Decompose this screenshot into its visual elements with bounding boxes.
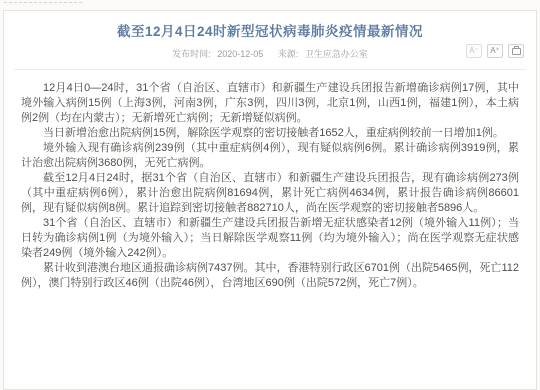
paragraph-asymptomatic-cases: 31个省（自治区、直辖市）和新疆生产建设兵团报告新增无症状感染者12例（境外输入… bbox=[21, 216, 519, 261]
publish-time-label: 发布时间: bbox=[172, 49, 211, 59]
page-title: 截至12月4日24时新型冠状病毒肺炎疫情最新情况 bbox=[24, 20, 516, 40]
paragraph-new-cases: 12月4日0—24时，31个省（自治区、直辖市）和新疆生产建设兵团报告新增确诊病… bbox=[21, 81, 519, 126]
paragraph-recovered-today: 当日新增治愈出院病例15例，解除医学观察的密切接触者1652人，重症病例较前一日… bbox=[21, 126, 519, 141]
article-meta-row: 发布时间: 2020-12-05 来源: 卫生应急办公室 A⁻ A⁺ bbox=[4, 47, 536, 61]
source-name: 卫生应急办公室 bbox=[305, 49, 368, 59]
paragraph-cumulative-totals: 截至12月4日24时，据31个省（自治区、直辖市）和新疆生产建设兵团报告，现有确… bbox=[21, 171, 519, 216]
article-card: 截至12月4日24时新型冠状病毒肺炎疫情最新情况 发布时间: 2020-12-0… bbox=[3, 10, 537, 320]
font-increase-button[interactable]: A⁺ bbox=[487, 44, 503, 58]
article-toolbar: A⁻ A⁺ bbox=[466, 44, 524, 58]
print-button[interactable] bbox=[508, 44, 524, 58]
font-decrease-button[interactable]: A⁻ bbox=[466, 44, 482, 58]
screenshot-artifact-line bbox=[4, 2, 82, 3]
publish-date: 2020-12-05 bbox=[217, 49, 263, 59]
source-label: 来源: bbox=[278, 49, 299, 59]
printer-icon bbox=[512, 48, 521, 55]
paragraph-imported-cases: 境外输入现有确诊病例239例（其中重症病例4例），现有疑似病例6例。累计确诊病例… bbox=[21, 141, 519, 171]
article-body: 12月4日0—24时，31个省（自治区、直辖市）和新疆生产建设兵团报告新增确诊病… bbox=[4, 70, 536, 291]
paragraph-hk-macao-taiwan: 累计收到港澳台地区通报确诊病例7437例。其中，香港特别行政区6701例（出院5… bbox=[21, 261, 519, 291]
